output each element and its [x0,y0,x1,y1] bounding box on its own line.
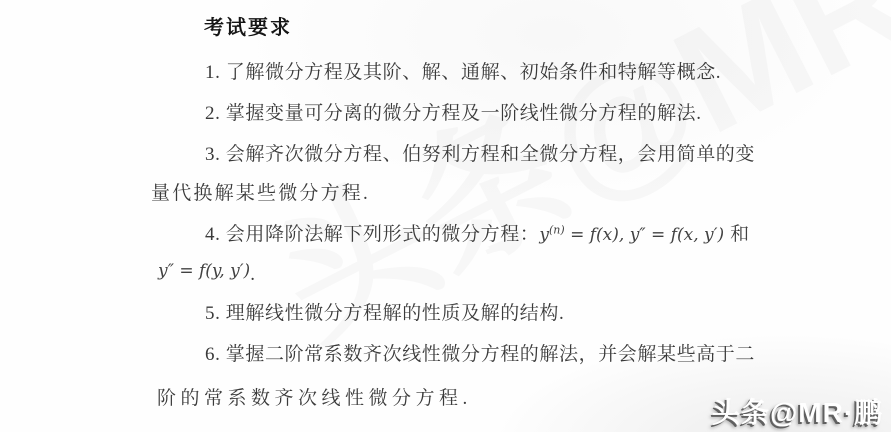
requirement-item-5: 5. 理解线性微分方程解的性质及解的结构. [205,302,564,326]
item-4-text: 4. 会用降阶法解下列形式的微分方程： [205,224,539,245]
requirement-item-3-line-2: 量代换解某些微分方程. [151,182,370,206]
math-formula-1-base: y [539,225,549,245]
toutiao-watermark: 头条@MR·鹏 [712,391,883,431]
math-formula-1-superscript: (n) [549,223,565,236]
math-formula-2: y″ = f(y, y′) [158,261,250,281]
requirement-item-4-line-1: 4. 会用降阶法解下列形式的微分方程：y(n) = f(x), y″ = f(x… [205,222,749,247]
math-formula-1: y(n) = f(x), y″ = f(x, y′)和 [539,225,749,245]
formula-period: . [250,264,255,285]
requirement-item-3-line-1: 3. 会解齐次微分方程、伯努利方程和全微分方程，会用简单的变 [205,143,755,167]
requirement-item-1: 1. 了解微分方程及其阶、解、通解、初始条件和特解等概念. [205,61,721,85]
requirement-item-6-line-1: 6. 掌握二阶常系数齐次线性微分方程的解法，并会解某些高于二 [205,343,755,367]
document-page: 头条@MR·鹏 考试要求 1. 了解微分方程及其阶、解、通解、初始条件和特解等概… [0,0,891,432]
requirement-item-4-line-2: y″ = f(y, y′). [158,259,256,283]
math-formula-1-rest: = f(x), y″ = f(x, y′) [565,225,724,245]
section-heading: 考试要求 [204,16,292,40]
requirement-item-2: 2. 掌握变量可分离的微分方程及一阶线性微分方程的解法. [205,102,702,126]
item-4-conjunction: 和 [730,223,749,245]
requirement-item-6-line-2: 阶的常系数齐次线性微分方程. [157,387,472,411]
